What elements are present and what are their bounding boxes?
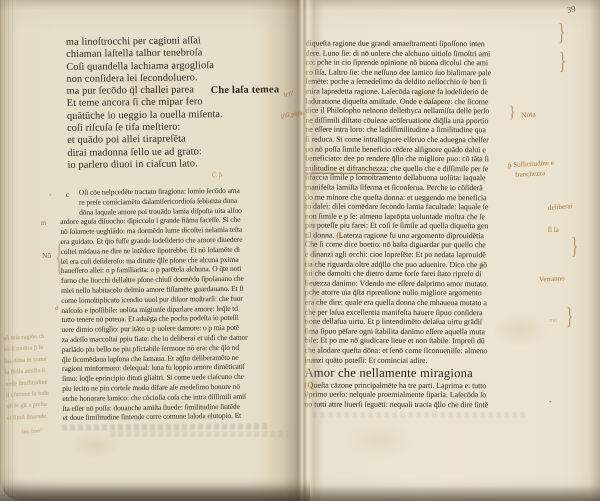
franchezza-annotation: franchezza <box>515 169 546 179</box>
text-line: che quello che e diſſimile per ſe <box>388 164 488 173</box>
inline-red-paren-mark: ( <box>481 260 484 269</box>
closing-lines: ilprimo uerſo: nelquale proemialmente ſi… <box>304 390 540 410</box>
text-line: til donna. <box>305 230 334 239</box>
canzone-heading: Amor che nellamente miragiona <box>304 366 540 381</box>
text-line: ueſta cāzone principalmēte ha tre parti.… <box>314 380 487 390</box>
marginal-nota-abbrev: Nō <box>42 251 51 260</box>
prose-lines: ardore aguſa diſuocho: dipiccolo i grand… <box>60 215 249 423</box>
faint-marginal-mark: mō <box>549 317 557 324</box>
right-margin-brace: } <box>571 235 578 262</box>
text-line: diqueſta ragione due grandi amaeſtrament… <box>306 39 542 49</box>
printed-side-note: Che laſa temea <box>211 84 280 96</box>
text-line: Coſi quandella lachiama argoglioſa <box>66 60 222 74</box>
book-photo: ma linoſtrocchi per cagioni aſſaichiaman… <box>0 0 600 501</box>
prose-indented-lines: Oſi cōe nelpcedēte tractato ſiragiona: l… <box>79 186 246 217</box>
right-margin-brace: } <box>566 305 573 332</box>
text-line: dirai madonna ſello ue ad grato: <box>67 146 223 160</box>
text-line: beneficiato: dee po rendere q̄llo che mi… <box>305 154 541 164</box>
left-prose-block: Oſi cōe nelpcedēte tractato ſiragiona: l… <box>60 186 249 423</box>
text-line: io parlero diuoi in ciaſcun lato. <box>67 158 223 172</box>
prose-lines-top: diqueſta ragione due grandi amaeſtrament… <box>305 39 541 165</box>
deliberai-annotation: deliberai <box>548 202 573 212</box>
right-margin-brace: } <box>559 50 566 77</box>
text-line: tione dellaſua uirtu. Et p lintendimēto … <box>305 317 541 327</box>
marginal-letter-m: m <box>41 219 46 227</box>
page-edges-left <box>0 0 16 501</box>
text-line: ſi reduca. Si come intralſignore elſeruo… <box>305 135 541 145</box>
text-line: quātūche io ueggio la ouella miſenta. <box>67 109 223 123</box>
text-line: e dinanzi agli occhi: cioe lopreſēte: Et… <box>305 250 541 260</box>
right-margin-brace: } <box>509 102 515 123</box>
verranno-annotation: Verranno <box>539 275 565 284</box>
text-line: no tutti attre liuerſi ſeguēti: nequali … <box>304 399 540 409</box>
prose-lines-bottom: Che ſi come dice boetio: nō baſta diguar… <box>305 240 541 366</box>
illegible-marginalia-block: uñ mia ragiōe chnō ſi moſtra p̄ laſua dō… <box>3 329 82 424</box>
text-line: inanzi quāto poteſſi: Et cominciai adire… <box>305 355 541 365</box>
nota-annotation: Nota <box>521 109 536 119</box>
text-line: manifeſta lamiſta ſiferma et ſiconſerua.… <box>305 182 541 192</box>
text-line: era che dire: quale era quella donna che… <box>305 298 541 308</box>
verse-block: ma linoſtrocchi per cagioni aſſaichiaman… <box>66 35 223 172</box>
end-dash-mark: - <box>549 397 552 406</box>
text-line: dice il Philoſopho nelnono dellethyca ne… <box>305 106 541 116</box>
marginal-cap-mark: C̄ p̄ <box>212 171 223 180</box>
right-margin-brace: } <box>558 21 565 48</box>
text-line: che alodare queſta dōna: et ſenō come ſi… <box>305 346 541 356</box>
marginal-tick: ’ <box>49 193 51 201</box>
marginal-letter-d: d <box>55 305 58 312</box>
text-line: mira lapredetta ragione. Laſecōda ragion… <box>305 87 541 97</box>
prose-lines-mid: ſifaccia ſimile p lomoſtramento dellabuo… <box>305 173 541 231</box>
si-sa-annotation: ſi ſa <box>548 226 559 234</box>
text-line: co: pche in cio ſiprende opinione nō buo… <box>306 58 542 68</box>
left-margin-brace: { <box>55 236 64 281</box>
text-line: ſai che damolti che dietro dame forſe fa… <box>305 269 541 279</box>
right-page: diqueſta ragione due grandi amaeſtrament… <box>304 39 541 410</box>
text-line: to dalei: dilei comēdare ſecondo lamia f… <box>305 202 541 212</box>
handwritten-folio-number: 39 <box>566 3 576 14</box>
text-line: Laterza ragione fu uno argomento diproui… <box>339 231 484 241</box>
